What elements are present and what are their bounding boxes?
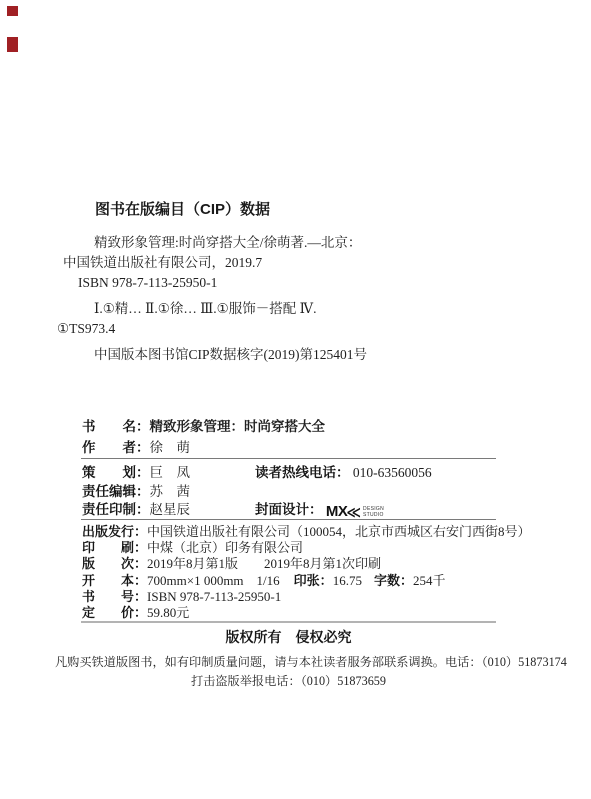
cip-verification-line: 中国版本图书馆CIP数据核字(2019)第125401号 — [57, 345, 497, 365]
print-supervisor-value: 赵星辰 — [150, 501, 191, 520]
publisher-row: 出版发行： 中国铁道出版社有限公司（100054，北京市西城区右安门西街8号） — [82, 524, 542, 540]
red-scan-mark-bottom — [7, 37, 18, 52]
isbn-row: 书 号： ISBN 978-7-113-25950-1 — [82, 589, 542, 605]
author-row: 作 者： 徐 萌 — [82, 437, 496, 458]
publisher-label: 出版发行： — [82, 524, 147, 540]
planner-row: 策 划： 巨 凤 读者热线电话： 010-63560056 — [82, 464, 496, 483]
hotline-label: 读者热线电话： — [255, 465, 350, 480]
logo-subtext-line2: STUDIO — [363, 513, 384, 519]
cip-record-line-2: 中国铁道出版社有限公司，2019.7 — [57, 253, 497, 273]
publisher-value: 中国铁道出版社有限公司（100054，北京市西城区右安门西街8号） — [147, 524, 531, 540]
printer-value: 中煤（北京）印务有限公司 — [147, 540, 303, 556]
print-supervisor-row: 责任印制： 赵星辰 封面设计： MX ≪ DESIGN STUDIO — [82, 501, 496, 520]
price-value: 59.80元 — [147, 605, 189, 621]
cip-record-line-1: 精致形象管理:时尚穿搭大全/徐萌著.—北京： — [57, 233, 497, 253]
hotline-value: 010-63560056 — [353, 465, 432, 480]
format-value: 700mm×1 000mm 1/16 — [147, 573, 280, 589]
price-row: 定 价： 59.80元 — [82, 605, 542, 621]
book-title-label: 书 名： — [82, 416, 150, 437]
author-value: 徐 萌 — [150, 437, 191, 458]
red-scan-mark-top — [7, 6, 18, 16]
cip-classification-line-1: Ⅰ.①精… Ⅱ.①徐… Ⅲ.①服饰－搭配 Ⅳ. — [57, 299, 497, 319]
planner-label: 策 划： — [82, 464, 150, 483]
divider-rule-1 — [81, 458, 496, 459]
cover-design-label: 封面设计： — [255, 502, 323, 517]
print-supervisor-cell: 责任印制： 赵星辰 — [82, 501, 255, 520]
copyright-page: 图书在版编目（CIP）数据 精致形象管理:时尚穿搭大全/徐萌著.—北京： 中国铁… — [0, 0, 591, 799]
edition-row: 版 次： 2019年8月第1版 2019年8月第1次印刷 — [82, 556, 542, 572]
format-label: 开 本： — [82, 573, 147, 589]
isbn-label: 书 号： — [82, 589, 147, 605]
divider-rule-2 — [81, 519, 496, 520]
publication-block: 出版发行： 中国铁道出版社有限公司（100054，北京市西城区右安门西街8号） … — [82, 524, 542, 621]
planner-value: 巨 凤 — [150, 464, 191, 483]
editor-row: 责任编辑： 苏 茜 — [82, 483, 496, 502]
piracy-report-line: 打击盗版举报电话：（010）51873659 — [55, 672, 522, 691]
edition-label: 版 次： — [82, 556, 147, 572]
staff-block: 策 划： 巨 凤 读者热线电话： 010-63560056 责任编辑： 苏 茜 … — [82, 464, 496, 520]
editor-value: 苏 茜 — [150, 483, 191, 502]
cip-data-section: 图书在版编目（CIP）数据 精致形象管理:时尚穿搭大全/徐萌著.—北京： 中国铁… — [57, 200, 497, 365]
service-line: 凡购买铁道版图书，如有印制质量问题，请与本社读者服务部联系调换。电话：（010）… — [55, 653, 522, 672]
printer-label: 印 刷： — [82, 540, 147, 556]
sheets-label: 印张： — [294, 573, 333, 589]
title-author-block: 书 名： 精致形象管理：时尚穿搭大全 作 者： 徐 萌 — [82, 416, 496, 458]
author-label: 作 者： — [82, 437, 150, 458]
copyright-notice: 版权所有 侵权必究 — [55, 627, 522, 647]
editor-label: 责任编辑： — [82, 483, 150, 502]
words-label: 字数： — [374, 573, 413, 589]
cip-heading: 图书在版编目（CIP）数据 — [57, 200, 497, 220]
book-title-value: 精致形象管理：时尚穿搭大全 — [150, 416, 326, 437]
editor-cell: 责任编辑： 苏 茜 — [82, 483, 255, 502]
planner-cell: 策 划： 巨 凤 — [82, 464, 255, 483]
hotline-cell: 读者热线电话： 010-63560056 — [255, 464, 432, 483]
price-label: 定 价： — [82, 605, 147, 621]
words-value: 254千 — [413, 573, 446, 589]
printer-row: 印 刷： 中煤（北京）印务有限公司 — [82, 540, 542, 556]
edition-value: 2019年8月第1版 2019年8月第1次印刷 — [147, 556, 381, 572]
cip-isbn-line: ISBN 978-7-113-25950-1 — [57, 273, 497, 293]
print-supervisor-label: 责任印制： — [82, 501, 150, 520]
isbn-value: ISBN 978-7-113-25950-1 — [147, 589, 281, 605]
divider-rule-3 — [81, 621, 496, 623]
cover-design-cell: 封面设计： MX ≪ DESIGN STUDIO — [255, 501, 384, 520]
cip-classification-line-2: ①TS973.4 — [57, 319, 497, 339]
format-row: 开 本： 700mm×1 000mm 1/16 印张： 16.75 字数： 25… — [82, 573, 542, 589]
book-title-row: 书 名： 精致形象管理：时尚穿搭大全 — [82, 416, 496, 437]
sheets-value: 16.75 — [333, 573, 362, 589]
logo-subtext: DESIGN STUDIO — [363, 507, 384, 518]
copyright-block: 版权所有 侵权必究 凡购买铁道版图书，如有印制质量问题，请与本社读者服务部联系调… — [55, 627, 522, 690]
